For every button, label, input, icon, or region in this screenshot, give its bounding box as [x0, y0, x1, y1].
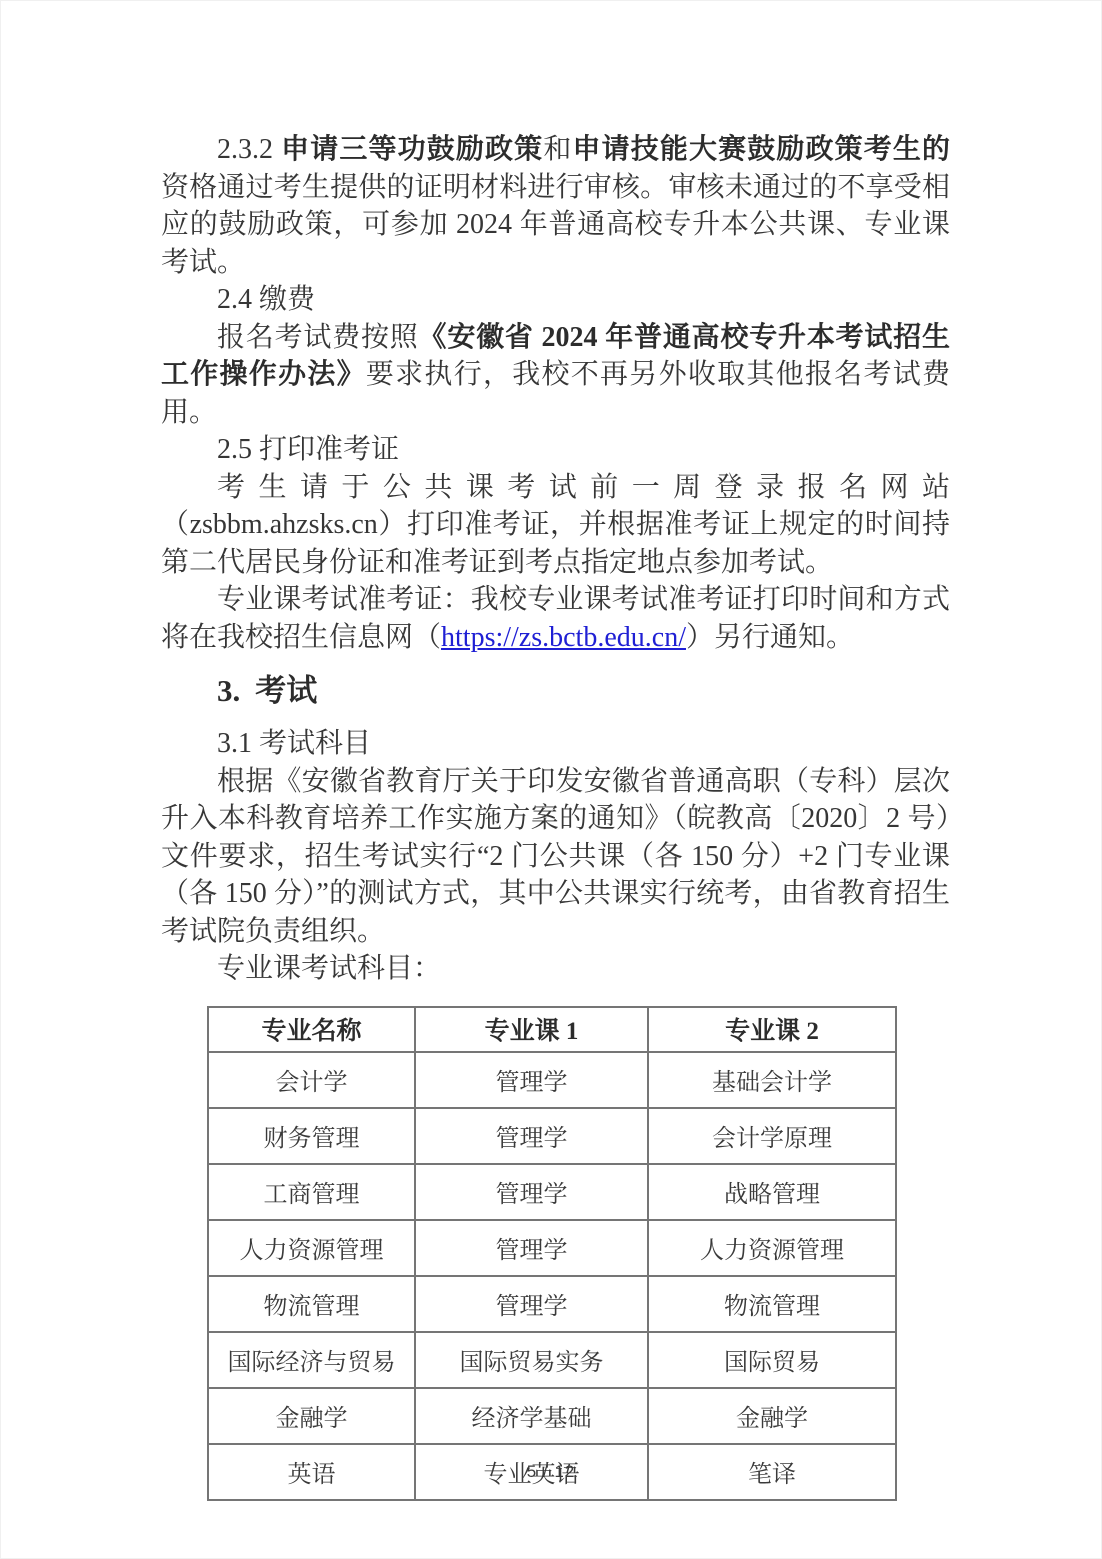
paragraph: 3.1 考试科目: [161, 725, 950, 763]
body-text: 考生请于公共课考试前一周登录报名网站（zsbbm.ahzsks.cn）打印准考证…: [161, 472, 950, 578]
table-cell: 会计学: [208, 1052, 415, 1108]
body-text: 和: [543, 134, 572, 165]
document-page: 2.3.2 申请三等功鼓励政策和申请技能大赛鼓励政策考生的资格通过考生提供的证明…: [0, 0, 1102, 1559]
table-row: 财务管理管理学会计学原理: [208, 1108, 896, 1164]
table-cell: 会计学原理: [648, 1108, 896, 1164]
paragraph: 专业课考试准考证：我校专业课考试准考证打印时间和方式将在我校招生信息网（http…: [161, 581, 950, 656]
page-footer: 5 / 12: [0, 1462, 1102, 1482]
paragraph: 2.3.2 申请三等功鼓励政策和申请技能大赛鼓励政策考生的资格通过考生提供的证明…: [161, 131, 950, 281]
table-cell: 国际贸易实务: [415, 1332, 648, 1388]
body-text: 2.4 缴费: [217, 284, 315, 315]
table-cell: 基础会计学: [648, 1052, 896, 1108]
table-cell: 人力资源管理: [208, 1220, 415, 1276]
url-link[interactable]: https://zs.bctb.edu.cn/: [441, 622, 686, 653]
paragraph: 2.4 缴费: [161, 281, 950, 319]
subjects-table-head: 专业名称专业课 1专业课 2: [208, 1007, 896, 1052]
page-number: 5 / 12: [527, 1462, 576, 1481]
table-cell: 管理学: [415, 1276, 648, 1332]
table-header-row: 专业名称专业课 1专业课 2: [208, 1007, 896, 1052]
heading-text: 考试: [255, 673, 317, 708]
table-cell: 财务管理: [208, 1108, 415, 1164]
table-row: 会计学管理学基础会计学: [208, 1052, 896, 1108]
body-text: 2.5 打印准考证: [217, 434, 399, 465]
table-row: 物流管理管理学物流管理: [208, 1276, 896, 1332]
bold-text: 申请技能大赛鼓励政策考生的: [572, 134, 950, 165]
table-header-cell: 专业课 1: [415, 1007, 648, 1052]
table-row: 金融学经济学基础金融学: [208, 1388, 896, 1444]
subjects-table-body: 会计学管理学基础会计学财务管理管理学会计学原理工商管理管理学战略管理人力资源管理…: [208, 1052, 896, 1500]
heading-number: 3.: [217, 673, 240, 708]
paragraph: 2.5 打印准考证: [161, 431, 950, 469]
subjects-table: 专业名称专业课 1专业课 2 会计学管理学基础会计学财务管理管理学会计学原理工商…: [207, 1006, 897, 1501]
table-cell: 物流管理: [648, 1276, 896, 1332]
body-text: 3.1 考试科目: [217, 728, 371, 759]
table-cell: 战略管理: [648, 1164, 896, 1220]
paragraph: 报名考试费按照《安徽省 2024 年普通高校专升本考试招生工作操作办法》要求执行…: [161, 319, 950, 432]
table-cell: 人力资源管理: [648, 1220, 896, 1276]
table-cell: 经济学基础: [415, 1388, 648, 1444]
table-cell: 金融学: [208, 1388, 415, 1444]
body-text: 2.3.2: [217, 134, 281, 165]
paragraph: 考生请于公共课考试前一周登录报名网站（zsbbm.ahzsks.cn）打印准考证…: [161, 469, 950, 582]
table-row: 工商管理管理学战略管理: [208, 1164, 896, 1220]
body-text: 根据《安徽省教育厅关于印发安徽省普通高职（专科）层次升入本科教育培养工作实施方案…: [161, 766, 950, 947]
bold-text: 申请三等功鼓励政策: [281, 134, 543, 165]
body-text: 报名考试费按照: [217, 322, 419, 353]
document-content: 2.3.2 申请三等功鼓励政策和申请技能大赛鼓励政策考生的资格通过考生提供的证明…: [161, 131, 950, 1501]
table-cell: 国际经济与贸易: [208, 1332, 415, 1388]
paragraph: 专业课考试科目：: [161, 950, 950, 988]
section-heading: 3.考试: [161, 669, 950, 713]
table-header-cell: 专业名称: [208, 1007, 415, 1052]
table-cell: 国际贸易: [648, 1332, 896, 1388]
table-header-cell: 专业课 2: [648, 1007, 896, 1052]
table-cell: 物流管理: [208, 1276, 415, 1332]
body-text: 资格通过考生提供的证明材料进行审核。审核未通过的不享受相应的鼓励政策，可参加 2…: [161, 172, 950, 278]
table-cell: 管理学: [415, 1108, 648, 1164]
paragraph: 根据《安徽省教育厅关于印发安徽省普通高职（专科）层次升入本科教育培养工作实施方案…: [161, 763, 950, 951]
body-text: ）另行通知。: [686, 622, 854, 653]
table-cell: 管理学: [415, 1164, 648, 1220]
body-text: 专业课考试科目：: [217, 953, 441, 984]
table-row: 人力资源管理管理学人力资源管理: [208, 1220, 896, 1276]
table-cell: 管理学: [415, 1052, 648, 1108]
table-row: 国际经济与贸易国际贸易实务国际贸易: [208, 1332, 896, 1388]
text-blocks: 2.3.2 申请三等功鼓励政策和申请技能大赛鼓励政策考生的资格通过考生提供的证明…: [161, 131, 950, 988]
table-cell: 工商管理: [208, 1164, 415, 1220]
table-cell: 管理学: [415, 1220, 648, 1276]
table-cell: 金融学: [648, 1388, 896, 1444]
